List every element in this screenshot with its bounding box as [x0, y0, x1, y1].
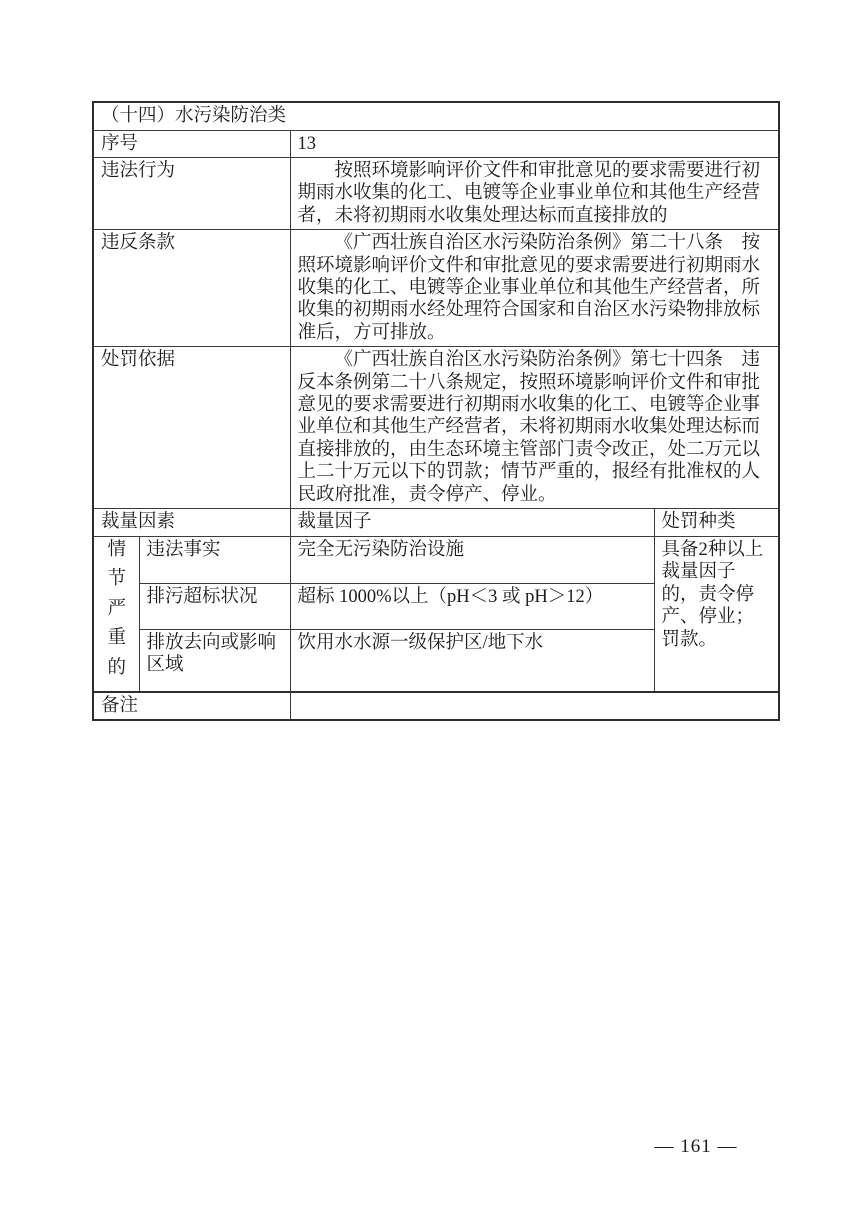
severity-char: 节 — [107, 568, 126, 590]
remark-label: 备注 — [93, 692, 290, 720]
penalty-type-text: 具备2种以上裁量因子的，责令停产、停业；罚款。 — [662, 539, 773, 651]
remark-row: 备注 — [93, 692, 779, 720]
severity-label-cell: 情 节 严 重 的 — [93, 537, 139, 692]
page-number: — 161 — — [641, 1136, 751, 1158]
penalty-basis-value: 《广西壮族自治区水污染防治条例》第七十四条 违反本条例第二十八条规定，按照环境影… — [290, 347, 779, 509]
document-page: （十四）水污染防治类 序号 13 违法行为 按照环境影响评价文件和审批意见的要求… — [0, 0, 868, 1227]
severity-char: 重 — [107, 627, 126, 649]
penalty-basis-text: 《广西壮族自治区水污染防治条例》第七十四条 违反本条例第二十八条规定，按照环境影… — [298, 349, 773, 506]
discretion-factor-header: 裁量因素 — [93, 509, 290, 537]
severity-char: 严 — [107, 598, 126, 620]
illegal-act-text: 按照环境影响评价文件和审批意见的要求需要进行初期雨水收集的化工、电镀等企业事业单… — [298, 160, 773, 227]
remark-value — [290, 692, 779, 720]
penalty-type-cell: 具备2种以上裁量因子的，责令停产、停业；罚款。 — [654, 537, 779, 692]
penalty-basis-row: 处罚依据 《广西壮族自治区水污染防治条例》第七十四条 违反本条例第二十八条规定，… — [93, 347, 779, 509]
violated-clause-value: 《广西壮族自治区水污染防治条例》第二十八条 按照环境影响评价文件和审批意见的要求… — [290, 230, 779, 347]
severity-char: 的 — [107, 657, 126, 679]
serial-label: 序号 — [93, 130, 290, 157]
factor-value: 完全无污染防治设施 — [290, 537, 654, 584]
discretion-header-row: 裁量因素 裁量因子 处罚种类 — [93, 509, 779, 537]
factor-label: 排污超标状况 — [139, 584, 290, 630]
regulation-table: （十四）水污染防治类 序号 13 违法行为 按照环境影响评价文件和审批意见的要求… — [92, 101, 780, 721]
section-title-row: （十四）水污染防治类 — [93, 102, 779, 130]
factor-label: 违法事实 — [139, 537, 290, 584]
illegal-act-label: 违法行为 — [93, 157, 290, 229]
illegal-act-row: 违法行为 按照环境影响评价文件和审批意见的要求需要进行初期雨水收集的化工、电镀等… — [93, 157, 779, 229]
factor-value: 饮用水水源一级保护区/地下水 — [290, 630, 654, 692]
factor-label: 排放去向或影响区域 — [139, 630, 290, 692]
severity-vertical-label: 情 节 严 重 的 — [101, 539, 133, 679]
violated-clause-label: 违反条款 — [93, 230, 290, 347]
discretion-subfactor-header: 裁量因子 — [290, 509, 654, 537]
serial-row: 序号 13 — [93, 130, 779, 157]
factor-value: 超标 1000%以上（pH＜3 或 pH＞12） — [290, 584, 654, 630]
section-title: （十四）水污染防治类 — [93, 102, 779, 130]
severity-char: 情 — [107, 539, 126, 561]
factor-row-facts: 情 节 严 重 的 违法事实 完全无污染防治设施 具备2种以上裁量因子的，责令停… — [93, 537, 779, 584]
serial-value: 13 — [290, 130, 779, 157]
violated-clause-text: 《广西壮族自治区水污染防治条例》第二十八条 按照环境影响评价文件和审批意见的要求… — [298, 232, 773, 344]
discretion-penalty-type-header: 处罚种类 — [654, 509, 779, 537]
illegal-act-value: 按照环境影响评价文件和审批意见的要求需要进行初期雨水收集的化工、电镀等企业事业单… — [290, 157, 779, 229]
violated-clause-row: 违反条款 《广西壮族自治区水污染防治条例》第二十八条 按照环境影响评价文件和审批… — [93, 230, 779, 347]
penalty-basis-label: 处罚依据 — [93, 347, 290, 509]
